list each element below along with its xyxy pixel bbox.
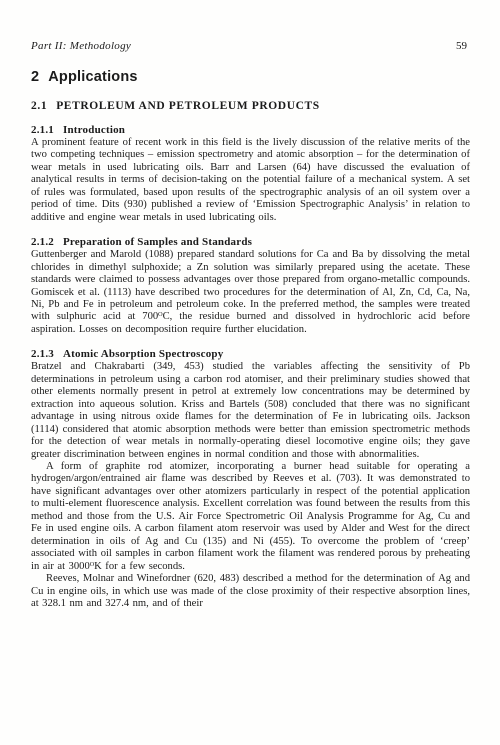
subsection-introduction: 2.1.1Introduction A prominent feature of… [31,124,470,224]
subsection-title: Atomic Absorption Spectroscopy [63,348,223,360]
paragraph: Guttenberger and Marold (1088) prepared … [31,249,470,336]
page-number: 59 [456,40,470,52]
paragraph: A form of graphite rod atomizer, incorpo… [31,461,470,573]
chapter-heading: 2Applications [31,69,470,85]
subsection-number: 2.1.2 [31,236,54,248]
paragraph: Bratzel and Chakrabarti (349, 453) studi… [31,361,470,461]
subsection-preparation-of-samples: 2.1.2Preparation of Samples and Standard… [31,236,470,336]
subsection-heading: 2.1.3Atomic Absorption Spectroscopy [31,348,470,360]
section-heading: 2.1PETROLEUM AND PETROLEUM PRODUCTS [31,100,470,112]
subsection-title: Preparation of Samples and Standards [63,236,252,248]
chapter-number: 2 [31,69,39,85]
section-number: 2.1 [31,100,47,112]
subsection-heading: 2.1.2Preparation of Samples and Standard… [31,236,470,248]
subsection-title: Introduction [63,124,125,136]
paragraph: A prominent feature of recent work in th… [31,137,470,224]
chapter-title: Applications [48,69,137,85]
book-page: Part II: Methodology 59 2Applications 2.… [0,0,500,745]
section-title: PETROLEUM AND PETROLEUM PRODUCTS [56,100,320,112]
subsection-number: 2.1.3 [31,348,54,360]
subsection-atomic-absorption-spectroscopy: 2.1.3Atomic Absorption Spectroscopy Brat… [31,348,470,610]
paragraph: Reeves, Molnar and Winefordner (620, 483… [31,573,470,610]
running-header: Part II: Methodology 59 [31,40,470,52]
subsection-heading: 2.1.1Introduction [31,124,470,136]
running-title: Part II: Methodology [31,40,131,52]
subsection-number: 2.1.1 [31,124,54,136]
